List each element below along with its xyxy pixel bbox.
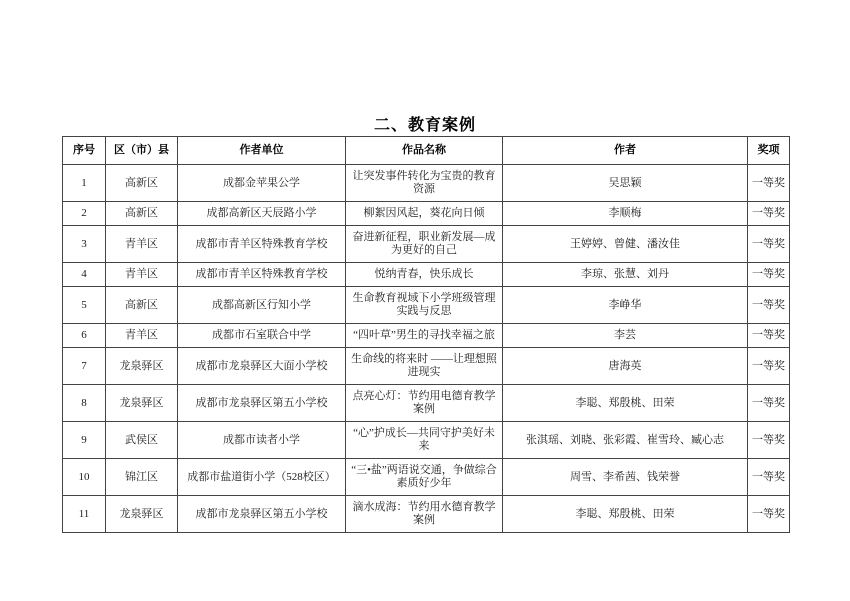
cell-award: 一等奖 [748,422,790,459]
cell-authors: 李聪、郑殷桃、田荣 [503,385,748,422]
table-row: 5 高新区 成都高新区行知小学 生命教育视域下小学班级管理实践与反思 李峥华 一… [63,287,790,324]
table-row: 11 龙泉驿区 成都市龙泉驿区第五小学校 滴水成海：节约用水德育教学案例 李聪、… [63,496,790,533]
cell-authors: 唐海英 [503,348,748,385]
cell-organization: 成都市龙泉驿区第五小学校 [178,496,346,533]
cell-seq: 3 [63,226,106,263]
cell-district: 武侯区 [106,422,178,459]
cell-organization: 成都高新区天辰路小学 [178,202,346,226]
cell-work-title: “心”护成长—共同守护美好未来 [346,422,503,459]
cell-seq: 2 [63,202,106,226]
header-district: 区（市）县 [106,137,178,165]
header-award: 奖项 [748,137,790,165]
cell-authors: 王婷婷、曾健、潘汝佳 [503,226,748,263]
cell-seq: 4 [63,263,106,287]
header-work-title: 作品名称 [346,137,503,165]
cell-award: 一等奖 [748,496,790,533]
cell-authors: 李聪、郑殷桃、田荣 [503,496,748,533]
cell-organization: 成都市青羊区特殊教育学校 [178,263,346,287]
cell-organization: 成都市盐道街小学（528校区） [178,459,346,496]
cell-district: 青羊区 [106,263,178,287]
cell-district: 青羊区 [106,226,178,263]
cell-seq: 10 [63,459,106,496]
cell-award: 一等奖 [748,287,790,324]
cell-award: 一等奖 [748,263,790,287]
cell-district: 高新区 [106,202,178,226]
table-body: 1 高新区 成都金苹果公学 让突发事件转化为宝贵的教育资源 吴思颖 一等奖 2 … [63,165,790,533]
table-row: 8 龙泉驿区 成都市龙泉驿区第五小学校 点亮心灯：节约用电德育教学案例 李聪、郑… [63,385,790,422]
cell-award: 一等奖 [748,324,790,348]
cell-work-title: “四叶草”男生的寻找幸福之旅 [346,324,503,348]
cell-seq: 9 [63,422,106,459]
cell-seq: 5 [63,287,106,324]
table-row: 1 高新区 成都金苹果公学 让突发事件转化为宝贵的教育资源 吴思颖 一等奖 [63,165,790,202]
section-title: 二、教育案例 [0,112,850,135]
cell-authors: 李顺梅 [503,202,748,226]
cell-authors: 周雪、李希茜、钱荣誉 [503,459,748,496]
table-row: 2 高新区 成都高新区天辰路小学 柳絮因风起，葵花向日倾 李顺梅 一等奖 [63,202,790,226]
cell-district: 高新区 [106,165,178,202]
document-page: 二、教育案例 序号 区（市）县 作者单位 作品名称 作者 奖项 1 高新区 成都… [0,0,850,601]
table-row: 9 武侯区 成都市读者小学 “心”护成长—共同守护美好未来 张淇瑶、刘晓、张彩霞… [63,422,790,459]
cell-work-title: 奋进新征程，职业新发展—成为更好的自己 [346,226,503,263]
header-organization: 作者单位 [178,137,346,165]
cell-work-title: 生命线的将来时 ——让理想照进现实 [346,348,503,385]
education-cases-table: 序号 区（市）县 作者单位 作品名称 作者 奖项 1 高新区 成都金苹果公学 让… [62,136,790,533]
cell-authors: 张淇瑶、刘晓、张彩霞、崔雪玲、臧心志 [503,422,748,459]
cell-seq: 1 [63,165,106,202]
cell-work-title: 滴水成海：节约用水德育教学案例 [346,496,503,533]
cell-work-title: 点亮心灯：节约用电德育教学案例 [346,385,503,422]
cell-district: 高新区 [106,287,178,324]
cell-authors: 李琼、张慧、刘丹 [503,263,748,287]
cell-seq: 7 [63,348,106,385]
cell-work-title: 让突发事件转化为宝贵的教育资源 [346,165,503,202]
cell-district: 龙泉驿区 [106,385,178,422]
cell-organization: 成都市青羊区特殊教育学校 [178,226,346,263]
cell-organization: 成都市龙泉驿区第五小学校 [178,385,346,422]
cell-work-title: 柳絮因风起，葵花向日倾 [346,202,503,226]
cell-seq: 6 [63,324,106,348]
table-row: 4 青羊区 成都市青羊区特殊教育学校 悦纳青春，快乐成长 李琼、张慧、刘丹 一等… [63,263,790,287]
cell-seq: 11 [63,496,106,533]
table-row: 7 龙泉驿区 成都市龙泉驿区大面小学校 生命线的将来时 ——让理想照进现实 唐海… [63,348,790,385]
cell-organization: 成都金苹果公学 [178,165,346,202]
cell-award: 一等奖 [748,385,790,422]
cell-authors: 李芸 [503,324,748,348]
cell-district: 龙泉驿区 [106,496,178,533]
cell-award: 一等奖 [748,165,790,202]
table-header: 序号 区（市）县 作者单位 作品名称 作者 奖项 [63,137,790,165]
cell-district: 锦江区 [106,459,178,496]
cell-work-title: 悦纳青春，快乐成长 [346,263,503,287]
table-row: 10 锦江区 成都市盐道街小学（528校区） “三•盐”两语说交通，争做综合素质… [63,459,790,496]
cell-award: 一等奖 [748,226,790,263]
cell-organization: 成都市龙泉驿区大面小学校 [178,348,346,385]
cell-district: 龙泉驿区 [106,348,178,385]
cell-award: 一等奖 [748,348,790,385]
cell-authors: 吴思颖 [503,165,748,202]
table-row: 6 青羊区 成都市石室联合中学 “四叶草”男生的寻找幸福之旅 李芸 一等奖 [63,324,790,348]
cell-organization: 成都高新区行知小学 [178,287,346,324]
cell-work-title: 生命教育视域下小学班级管理实践与反思 [346,287,503,324]
table-row: 3 青羊区 成都市青羊区特殊教育学校 奋进新征程，职业新发展—成为更好的自己 王… [63,226,790,263]
cell-work-title: “三•盐”两语说交通，争做综合素质好少年 [346,459,503,496]
cell-award: 一等奖 [748,459,790,496]
cell-seq: 8 [63,385,106,422]
header-authors: 作者 [503,137,748,165]
cell-organization: 成都市石室联合中学 [178,324,346,348]
header-seq: 序号 [63,137,106,165]
cell-district: 青羊区 [106,324,178,348]
cell-award: 一等奖 [748,202,790,226]
cell-organization: 成都市读者小学 [178,422,346,459]
cell-authors: 李峥华 [503,287,748,324]
header-row: 序号 区（市）县 作者单位 作品名称 作者 奖项 [63,137,790,165]
